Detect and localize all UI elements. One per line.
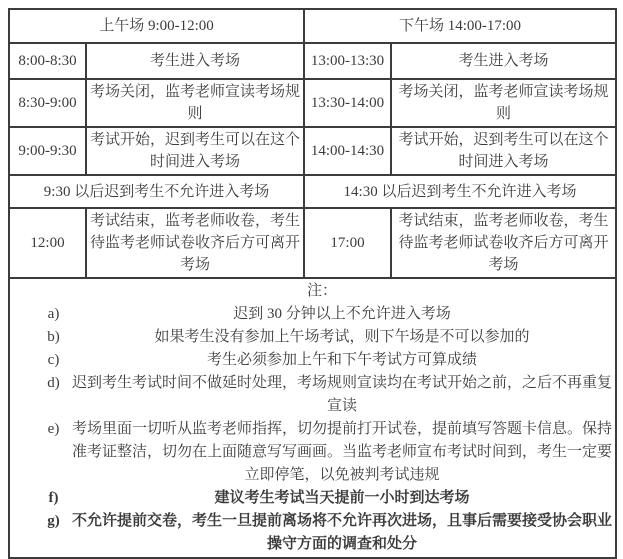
note-text: 迟到 30 分钟以上不允许进入考场 <box>72 303 612 326</box>
morning-end-activity: 考试结束，监考老师收卷，考生待监考老师试卷收齐后方可离开考场 <box>86 208 304 278</box>
note-key: f) <box>35 487 72 510</box>
note-item-d: d) 迟到考生考试时间不做延时处理，考场规则宣读均在考试开始之前，之后不再重复宣… <box>13 372 612 418</box>
note-item-c: c) 考生必须参加上午和下午考试方可算成绩 <box>13 349 612 372</box>
note-text: 建议考生考试当天提前一小时到达考场 <box>72 487 612 510</box>
afternoon-enter-time: 13:00-13:30 <box>304 43 391 79</box>
note-key: c) <box>35 349 72 372</box>
morning-close-time: 8:30-9:00 <box>9 79 86 127</box>
table-row-enter: 8:00-8:30 考生进入考场 13:00-13:30 考生进入考场 <box>9 43 616 79</box>
notes-section: 注： a) 迟到 30 分钟以上不允许进入考场 b) 如果考生没有参加上午场考试… <box>9 278 616 558</box>
table-row-start: 9:00-9:30 考试开始，迟到考生可以在这个时间进入考场 14:00-14:… <box>9 127 616 175</box>
afternoon-late-rule: 14:30 以后迟到考生不允许进入考场 <box>304 175 616 208</box>
note-item-g: g) 不允许提前交卷，考生一旦提前离场将不允许再次进场，且事后需要接受协会职业操… <box>13 510 612 556</box>
afternoon-end-time: 17:00 <box>304 208 391 278</box>
note-key: g) <box>35 510 72 533</box>
session-header-row: 上午场 9:00-12:00 下午场 14:00-17:00 <box>9 9 616 43</box>
notes-row: 注： a) 迟到 30 分钟以上不允许进入考场 b) 如果考生没有参加上午场考试… <box>9 278 616 558</box>
exam-schedule-table: 上午场 9:00-12:00 下午场 14:00-17:00 8:00-8:30… <box>8 8 617 559</box>
note-key: a) <box>35 303 72 326</box>
table-row-late-rule: 9:30 以后迟到考生不允许进入考场 14:30 以后迟到考生不允许进入考场 <box>9 175 616 208</box>
morning-enter-activity: 考生进入考场 <box>86 43 304 79</box>
note-key: d) <box>35 372 72 395</box>
morning-end-time: 12:00 <box>9 208 86 278</box>
notes-label: 注： <box>32 280 612 303</box>
morning-enter-time: 8:00-8:30 <box>9 43 86 79</box>
note-item-a: a) 迟到 30 分钟以上不允许进入考场 <box>13 303 612 326</box>
table-row-close: 8:30-9:00 考场关闭，监考老师宣读考场规则 13:30-14:00 考场… <box>9 79 616 127</box>
afternoon-end-activity: 考试结束，监考老师收卷，考生待监考老师试卷收齐后方可离开考场 <box>391 208 616 278</box>
note-text: 如果考生没有参加上午场考试，则下午场是不可以参加的 <box>72 326 612 349</box>
afternoon-start-time: 14:00-14:30 <box>304 127 391 175</box>
morning-close-activity: 考场关闭，监考老师宣读考场规则 <box>86 79 304 127</box>
note-item-e: e) 考场里面一切听从监考老师指挥，切勿提前打开试卷，提前填写答题卡信息。保持准… <box>13 418 612 487</box>
exam-schedule-page: 上午场 9:00-12:00 下午场 14:00-17:00 8:00-8:30… <box>0 0 623 554</box>
morning-start-time: 9:00-9:30 <box>9 127 86 175</box>
morning-late-rule: 9:30 以后迟到考生不允许进入考场 <box>9 175 304 208</box>
note-text: 迟到考生考试时间不做延时处理，考场规则宣读均在考试开始之前，之后不再重复宣读 <box>72 372 612 418</box>
note-item-b: b) 如果考生没有参加上午场考试，则下午场是不可以参加的 <box>13 326 612 349</box>
morning-start-activity: 考试开始，迟到考生可以在这个时间进入考场 <box>86 127 304 175</box>
afternoon-close-activity: 考场关闭，监考老师宣读考场规则 <box>391 79 616 127</box>
table-row-end: 12:00 考试结束，监考老师收卷，考生待监考老师试卷收齐后方可离开考场 17:… <box>9 208 616 278</box>
afternoon-close-time: 13:30-14:00 <box>304 79 391 127</box>
note-key: b) <box>35 326 72 349</box>
note-text: 考场里面一切听从监考老师指挥，切勿提前打开试卷，提前填写答题卡信息。保持准考证整… <box>72 418 612 487</box>
afternoon-session-header: 下午场 14:00-17:00 <box>304 9 616 43</box>
note-item-f: f) 建议考生考试当天提前一小时到达考场 <box>13 487 612 510</box>
note-key: e) <box>35 418 72 441</box>
note-text: 不允许提前交卷，考生一旦提前离场将不允许再次进场，且事后需要接受协会职业操守方面… <box>72 510 612 556</box>
afternoon-start-activity: 考试开始，迟到考生可以在这个时间进入考场 <box>391 127 616 175</box>
note-text: 考生必须参加上午和下午考试方可算成绩 <box>72 349 612 372</box>
morning-session-header: 上午场 9:00-12:00 <box>9 9 304 43</box>
afternoon-enter-activity: 考生进入考场 <box>391 43 616 79</box>
